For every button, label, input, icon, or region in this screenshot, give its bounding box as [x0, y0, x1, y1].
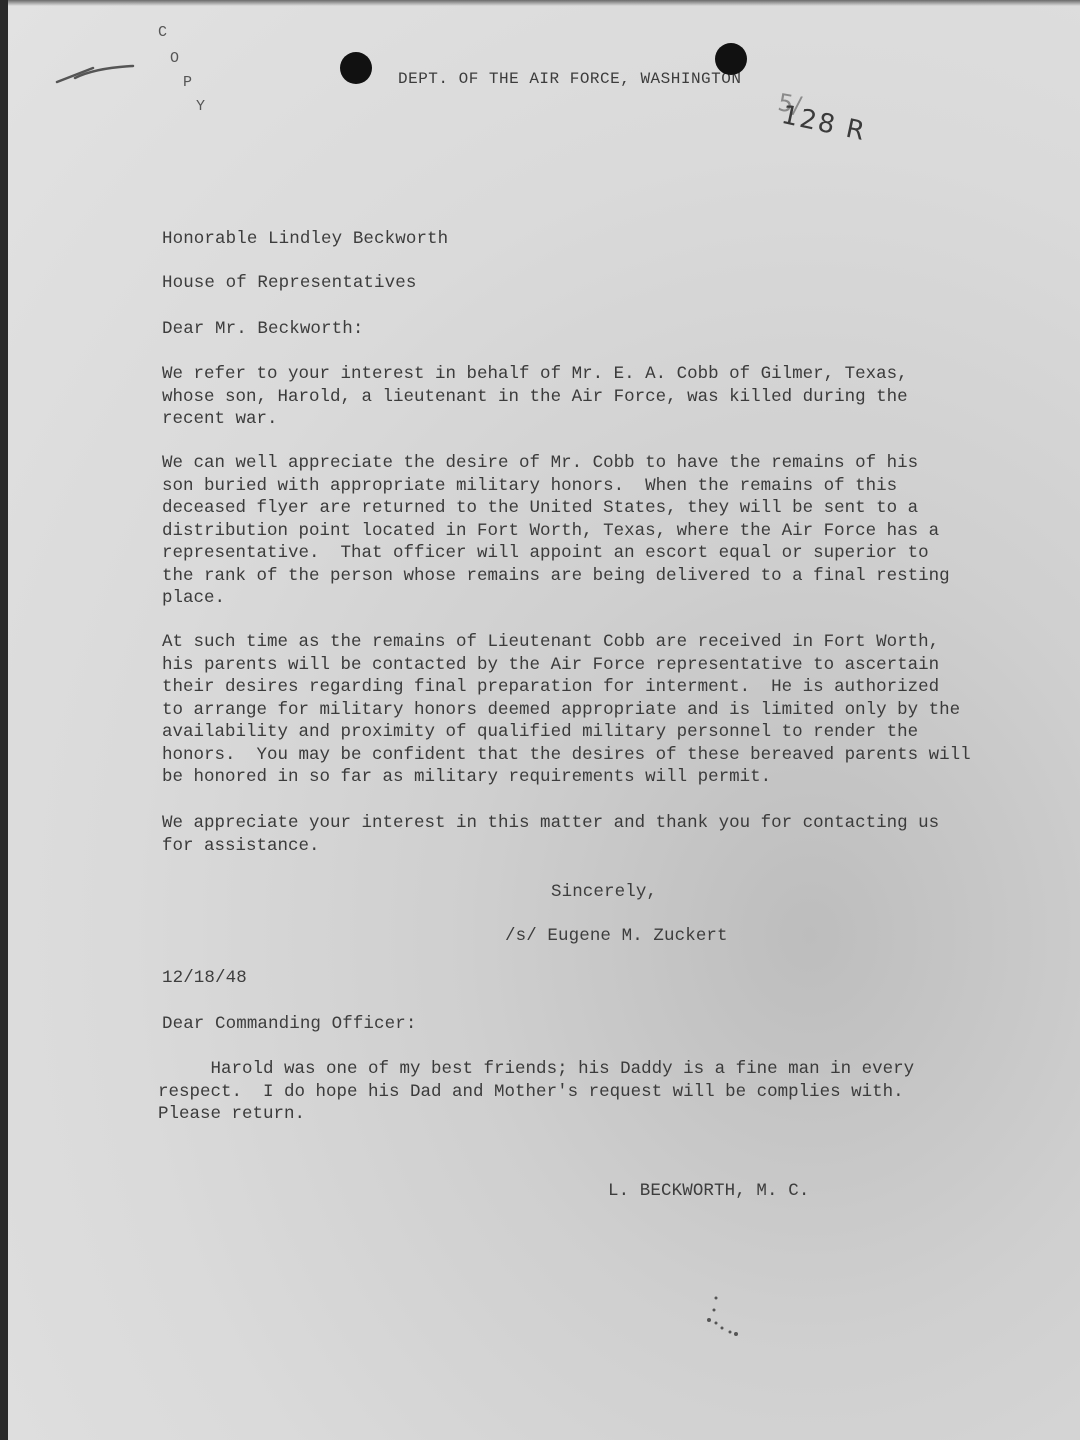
text-line: for assistance. [162, 835, 1042, 858]
text-line: honors. You may be confident that the de… [162, 744, 1042, 767]
letterhead: DEPT. OF THE AIR FORCE, WASHINGTON [398, 70, 741, 88]
note-salutation: Dear Commanding Officer: [162, 1014, 416, 1034]
text-line: We can well appreciate the desire of Mr.… [162, 452, 1042, 475]
punch-hole-left [340, 52, 372, 84]
text-line: respect. I do hope his Dad and Mother's … [158, 1081, 1038, 1104]
text-line: deceased flyer are returned to the Unite… [162, 497, 1042, 520]
text-line: Please return. [158, 1103, 1038, 1126]
text-line: availability and proximity of qualified … [162, 721, 1042, 744]
paragraph-1: We refer to your interest in behalf of M… [162, 363, 1042, 431]
text-line: We appreciate your interest in this matt… [162, 812, 1042, 835]
copy-mark-o: O [170, 50, 179, 67]
closing: Sincerely, [551, 882, 657, 902]
text-line: son buried with appropriate military hon… [162, 475, 1042, 498]
copy-mark-p: P [183, 74, 192, 91]
paragraph-4: We appreciate your interest in this matt… [162, 812, 1042, 857]
copy-mark-y: Y [196, 98, 205, 115]
paragraph-2: We can well appreciate the desire of Mr.… [162, 452, 1042, 610]
note-body: Harold was one of my best friends; his D… [158, 1058, 1038, 1126]
text-line: place. [162, 587, 1042, 610]
text-line: Harold was one of my best friends; his D… [158, 1058, 1038, 1081]
note-date: 12/18/48 [162, 968, 247, 988]
page-edge [0, 0, 8, 1440]
text-line: their desires regarding final preparatio… [162, 676, 1042, 699]
text-line: to arrange for military honors deemed ap… [162, 699, 1042, 722]
punch-hole-right [715, 43, 747, 75]
copy-mark-c: C [158, 24, 167, 41]
text-line: whose son, Harold, a lieutenant in the A… [162, 386, 1042, 409]
text-line: We refer to your interest in behalf of M… [162, 363, 1042, 386]
paragraph-3: At such time as the remains of Lieutenan… [162, 631, 1042, 789]
text-line: be honored in so far as military require… [162, 766, 1042, 789]
text-line: At such time as the remains of Lieutenan… [162, 631, 1042, 654]
signature: /s/ Eugene M. Zuckert [505, 926, 728, 946]
text-line: distribution point located in Fort Worth… [162, 520, 1042, 543]
text-line: the rank of the person whose remains are… [162, 565, 1042, 588]
page-top-shadow [0, 0, 1080, 6]
salutation: Dear Mr. Beckworth: [162, 319, 363, 339]
text-line: recent war. [162, 408, 1042, 431]
addressee-org: House of Representatives [162, 273, 416, 293]
note-signature: L. BECKWORTH, M. C. [608, 1181, 809, 1201]
text-line: his parents will be contacted by the Air… [162, 654, 1042, 677]
file-number: 128 R [779, 100, 869, 147]
ink-specks-icon [700, 1290, 760, 1340]
pen-mark-icon [55, 62, 135, 84]
text-line: representative. That officer will appoin… [162, 542, 1042, 565]
addressee-name: Honorable Lindley Beckworth [162, 229, 448, 249]
